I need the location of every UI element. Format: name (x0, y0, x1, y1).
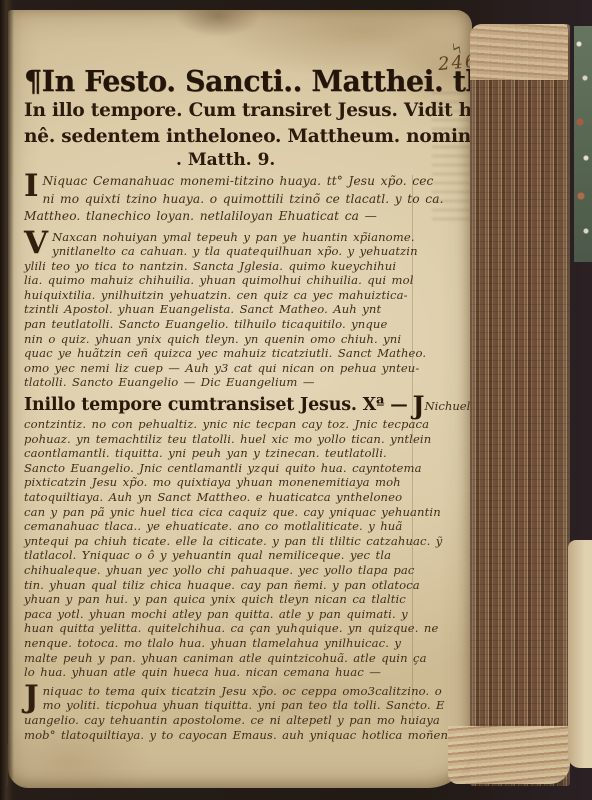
page-title: ¶In Festo. Sancti.. Matthei. thema. (24, 64, 472, 98)
drop-cap-initial: J (24, 684, 43, 711)
body-paragraph: J niquac to tema quix ticatzin Jesu xp̃o… (24, 684, 472, 742)
body-paragraph: I Niquac Cemanahuac monemi-titzino huaya… (24, 173, 472, 226)
paragraph-lines: Niquac Cemanahuac monemi-titzino huaya. … (24, 173, 472, 226)
manuscript-line: lo hua. yhuan atle quin hueca hua. nican… (24, 665, 472, 680)
manuscript-line: huan quitta yelitta. quitelchihua. ca ça… (24, 621, 472, 636)
book-fore-edge (470, 24, 570, 786)
manuscript-line: omo yec nemi liz cuep — Auh y3 cat qui n… (24, 361, 472, 376)
drop-cap-initial: J (413, 391, 425, 420)
manuscript-photo: ϟ 246. ¶In Festo. Sancti.. Matthei. them… (0, 0, 592, 800)
manuscript-line: yntequi pa chiuh ticate. elle la citicat… (24, 534, 472, 549)
body-paragraph: Inillo tempore cumtransiset Jesus. Xª — … (24, 394, 472, 680)
incipit-line: In illo tempore. Cum transiret Jesus. Vi… (24, 98, 472, 124)
latin-heading: Inillo tempore cumtransiset Jesus. Xª — (24, 395, 408, 415)
manuscript-text-block: ¶In Festo. Sancti.. Matthei. thema. In i… (24, 64, 472, 742)
manuscript-line: mob° tlatoquiltiaya. y to cayocan Emaus.… (24, 728, 472, 743)
manuscript-page: ϟ 246. ¶In Festo. Sancti.. Matthei. them… (8, 10, 472, 788)
paragraph-lines: contzintiz. no con pehualtiz. ynic nic t… (24, 417, 472, 680)
manuscript-line: ni mo quixti tzino huaya. o quimottili t… (24, 191, 472, 209)
paragraph-lines: niquac to tema quix ticatzin Jesu xp̃o. … (24, 684, 472, 742)
marbled-endpaper (574, 26, 592, 262)
manuscript-line: ynitlanelto ca cahuan. y tla quatequilhu… (24, 244, 472, 259)
manuscript-line: mo yoliti. ticpohua yhuan tiquitta. yni … (24, 698, 472, 713)
manuscript-line: malte peuh y pan. yhuan caniman atle qui… (24, 651, 472, 666)
manuscript-line: pan teutlatolli. Sancto Euangelio. tilhu… (24, 317, 472, 332)
manuscript-line: pohuaz. yn temachtiliz teu tlatolli. hue… (24, 432, 472, 447)
manuscript-line: chihualeque. yhuan yec yollo chi pahuaqu… (24, 563, 472, 578)
manuscript-line: Sancto Euangelio. Jnic centlamantli yzqu… (24, 461, 472, 476)
latin-incipit: In illo tempore. Cum transiret Jesus. Vi… (24, 98, 472, 150)
fore-edge-top-pages (470, 24, 568, 80)
manuscript-line: Niquac Cemanahuac monemi-titzino huaya. … (24, 173, 472, 191)
manuscript-line: can y pan pã ynic huel tica cica caquiz … (24, 505, 472, 520)
manuscript-line: tlatolli. Sancto Euangelio — Dic Euangel… (24, 375, 472, 390)
manuscript-line: niquac to tema quix ticatzin Jesu xp̃o. … (24, 684, 472, 699)
manuscript-line: nin o quiz. yhuan ynix quich tleyn. yn q… (24, 332, 472, 347)
verse-reference: . Matth. 9. (24, 150, 472, 170)
binding-gutter-shadow (0, 0, 14, 800)
manuscript-line: tlatlacol. Yniquac o ô y yehuantin qual … (24, 548, 472, 563)
manuscript-line: tatoquiltiaya. Auh yn Sanct Mattheo. e h… (24, 490, 472, 505)
fore-edge-bottom-pages (448, 726, 570, 784)
manuscript-line: caontlamantli. tiquitta. yni peuh yan y … (24, 446, 472, 461)
protruding-page-edge (568, 540, 592, 768)
manuscript-line: Naxcan nohuiyan ymal tepeuh y pan ye hua… (24, 230, 472, 245)
latin-heading-line: Inillo tempore cumtransiset Jesus. Xª — … (24, 394, 472, 417)
manuscript-line: cemanahuac tlaca.. ye ehuaticate. ano co… (24, 519, 472, 534)
manuscript-line: lia. quimo mahuiz chihuilia. yhuan quimo… (24, 273, 472, 288)
manuscript-line: pixticatzin Jesu xp̃o. mo quixtiaya yhua… (24, 475, 472, 490)
drop-cap-initial: I (24, 173, 43, 200)
manuscript-line: Mattheo. tlanechico loyan. netlaliloyan … (24, 208, 472, 226)
body-paragraph: V Naxcan nohuiyan ymal tepeuh y pan ye h… (24, 230, 472, 391)
paragraph-lines: Naxcan nohuiyan ymal tepeuh y pan ye hua… (24, 230, 472, 391)
incipit-line: nê. sedentem intheloneo. Mattheum. nomin… (24, 124, 472, 150)
manuscript-line: yhuan y pan hui. y pan quica ynix quich … (24, 592, 472, 607)
drop-cap-initial: V (24, 230, 52, 257)
manuscript-line: paca yotl. yhuan mochi atley pan quitta.… (24, 607, 472, 622)
manuscript-line: tzintli Apostol. yhuan Euangelista. Sanc… (24, 302, 472, 317)
manuscript-line: quac ye huãtzin ceñ quizca yec mahuiz ti… (24, 346, 472, 361)
manuscript-line: tin. yhuan qual tiliz chica huaque. cay … (24, 578, 472, 593)
manuscript-line: huiquixtilia. ynilhuitzin yehuatzin. cen… (24, 288, 472, 303)
manuscript-line: uangelio. cay tehuantin apostolome. ce n… (24, 713, 472, 728)
manuscript-line: nenque. totoca. mo tlalo hua. yhuan tlam… (24, 636, 472, 651)
manuscript-line: ylili teo yo tica to nantzin. Sancta Jgl… (24, 259, 472, 274)
manuscript-line: contzintiz. no con pehualtiz. ynic nic t… (24, 417, 472, 432)
